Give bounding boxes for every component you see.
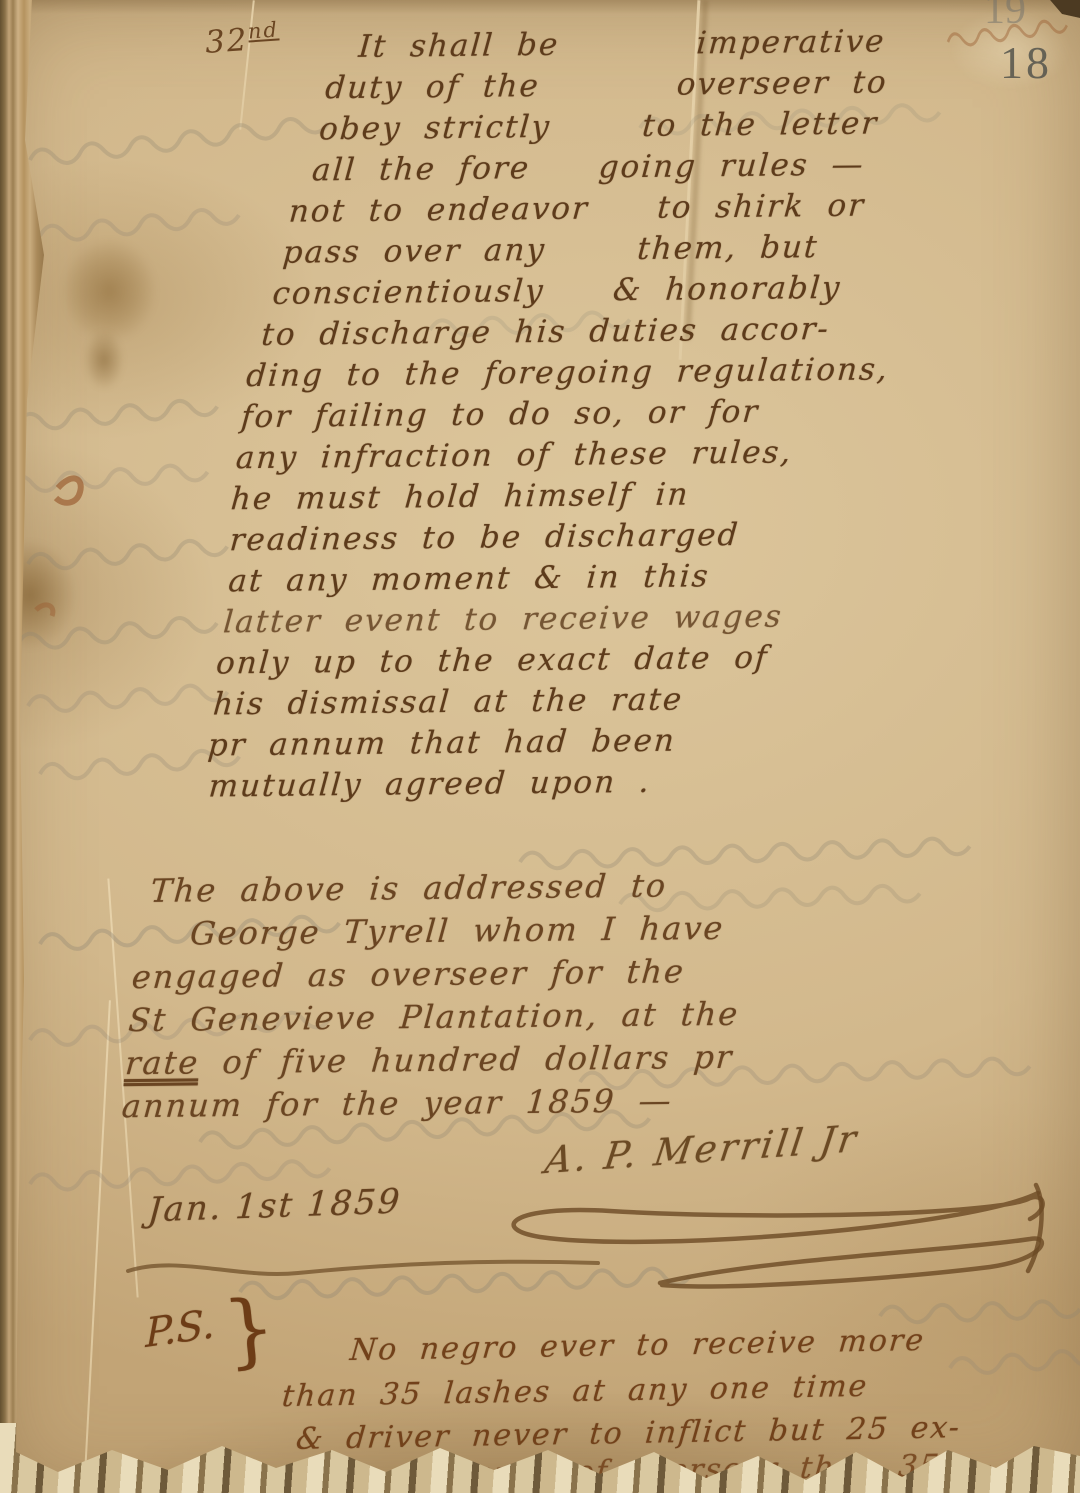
manuscript-line: It shall be imperative [357, 23, 916, 70]
rule-32-paragraph: It shall be imperative duty of the overs… [195, 23, 916, 810]
manuscript-line: St Genevieve Plantation, at the [127, 995, 741, 1044]
manuscript-line: The above is addressed to [149, 866, 751, 915]
manuscript-line: his dismissal at the rate [211, 680, 865, 728]
paper-crease [83, 1000, 111, 1492]
manuscript-line: latter event to receive wages [222, 598, 872, 646]
signature: A. P. Merrill Jr [542, 1117, 861, 1182]
manuscript-line: engaged as overseer for the [130, 952, 744, 1001]
manuscript-line: any infraction of these rules, [234, 433, 884, 481]
signature-flourish [430, 1175, 1070, 1315]
section-number-base: 32 [204, 22, 250, 61]
manuscript-line: all the fore going rules — [310, 146, 906, 193]
postscript-label: P.S. [145, 1301, 215, 1357]
line-remainder: of five hundred dollars pr [198, 1038, 735, 1082]
paper-sheet: 19 18 32nd It shall be imperative duty o… [0, 0, 1080, 1493]
manuscript-line: George Tyrell whom I have [188, 909, 747, 958]
ink-stain [84, 330, 124, 390]
manuscript-line: rate of five hundred dollars pr [123, 1038, 737, 1087]
manuscript-line: pass over any them, but [281, 228, 900, 275]
manuscript-page: 19 18 32nd It shall be imperative duty o… [0, 0, 1080, 1493]
postscript-brace: } [220, 1288, 279, 1373]
manuscript-line: annum for the year 1859 — [120, 1081, 734, 1130]
manuscript-line: than 35 lashes at any one time [281, 1369, 870, 1414]
manuscript-line: ding to the foregoing regulations, [245, 351, 891, 399]
page-number-stamp: 18 [1000, 36, 1052, 89]
manuscript-line: conscientiously & honorably [271, 269, 897, 317]
manuscript-line: at any moment & in this [227, 557, 875, 605]
manuscript-line: to discharge his duties accor- [260, 310, 894, 358]
manuscript-line: No negro ever to receive more [349, 1323, 927, 1368]
manuscript-line: readiness to be discharged [228, 516, 878, 564]
manuscript-line: not to endeavor to shirk or [287, 187, 903, 234]
manuscript-line: only up to the exact date of [214, 639, 868, 687]
date-line: Jan. 1st 1859 [147, 1182, 403, 1231]
manuscript-line: for failing to do so, or for [239, 392, 887, 440]
manuscript-line: he must hold himself in [229, 474, 881, 522]
faded-page-number: 19 [984, 0, 1026, 34]
manuscript-line: obey strictly to the letter [318, 105, 910, 152]
underlined-word: rate [124, 1043, 201, 1082]
manuscript-line: pr annum that had been [206, 721, 862, 769]
addendum-paragraph: The above is addressed to George Tyrell … [120, 866, 750, 1131]
manuscript-line: mutually agreed upon . [207, 762, 859, 810]
manuscript-line: duty of the overseer to [324, 64, 913, 111]
date-underline-flourish [120, 1243, 620, 1293]
ink-stain [62, 238, 157, 343]
